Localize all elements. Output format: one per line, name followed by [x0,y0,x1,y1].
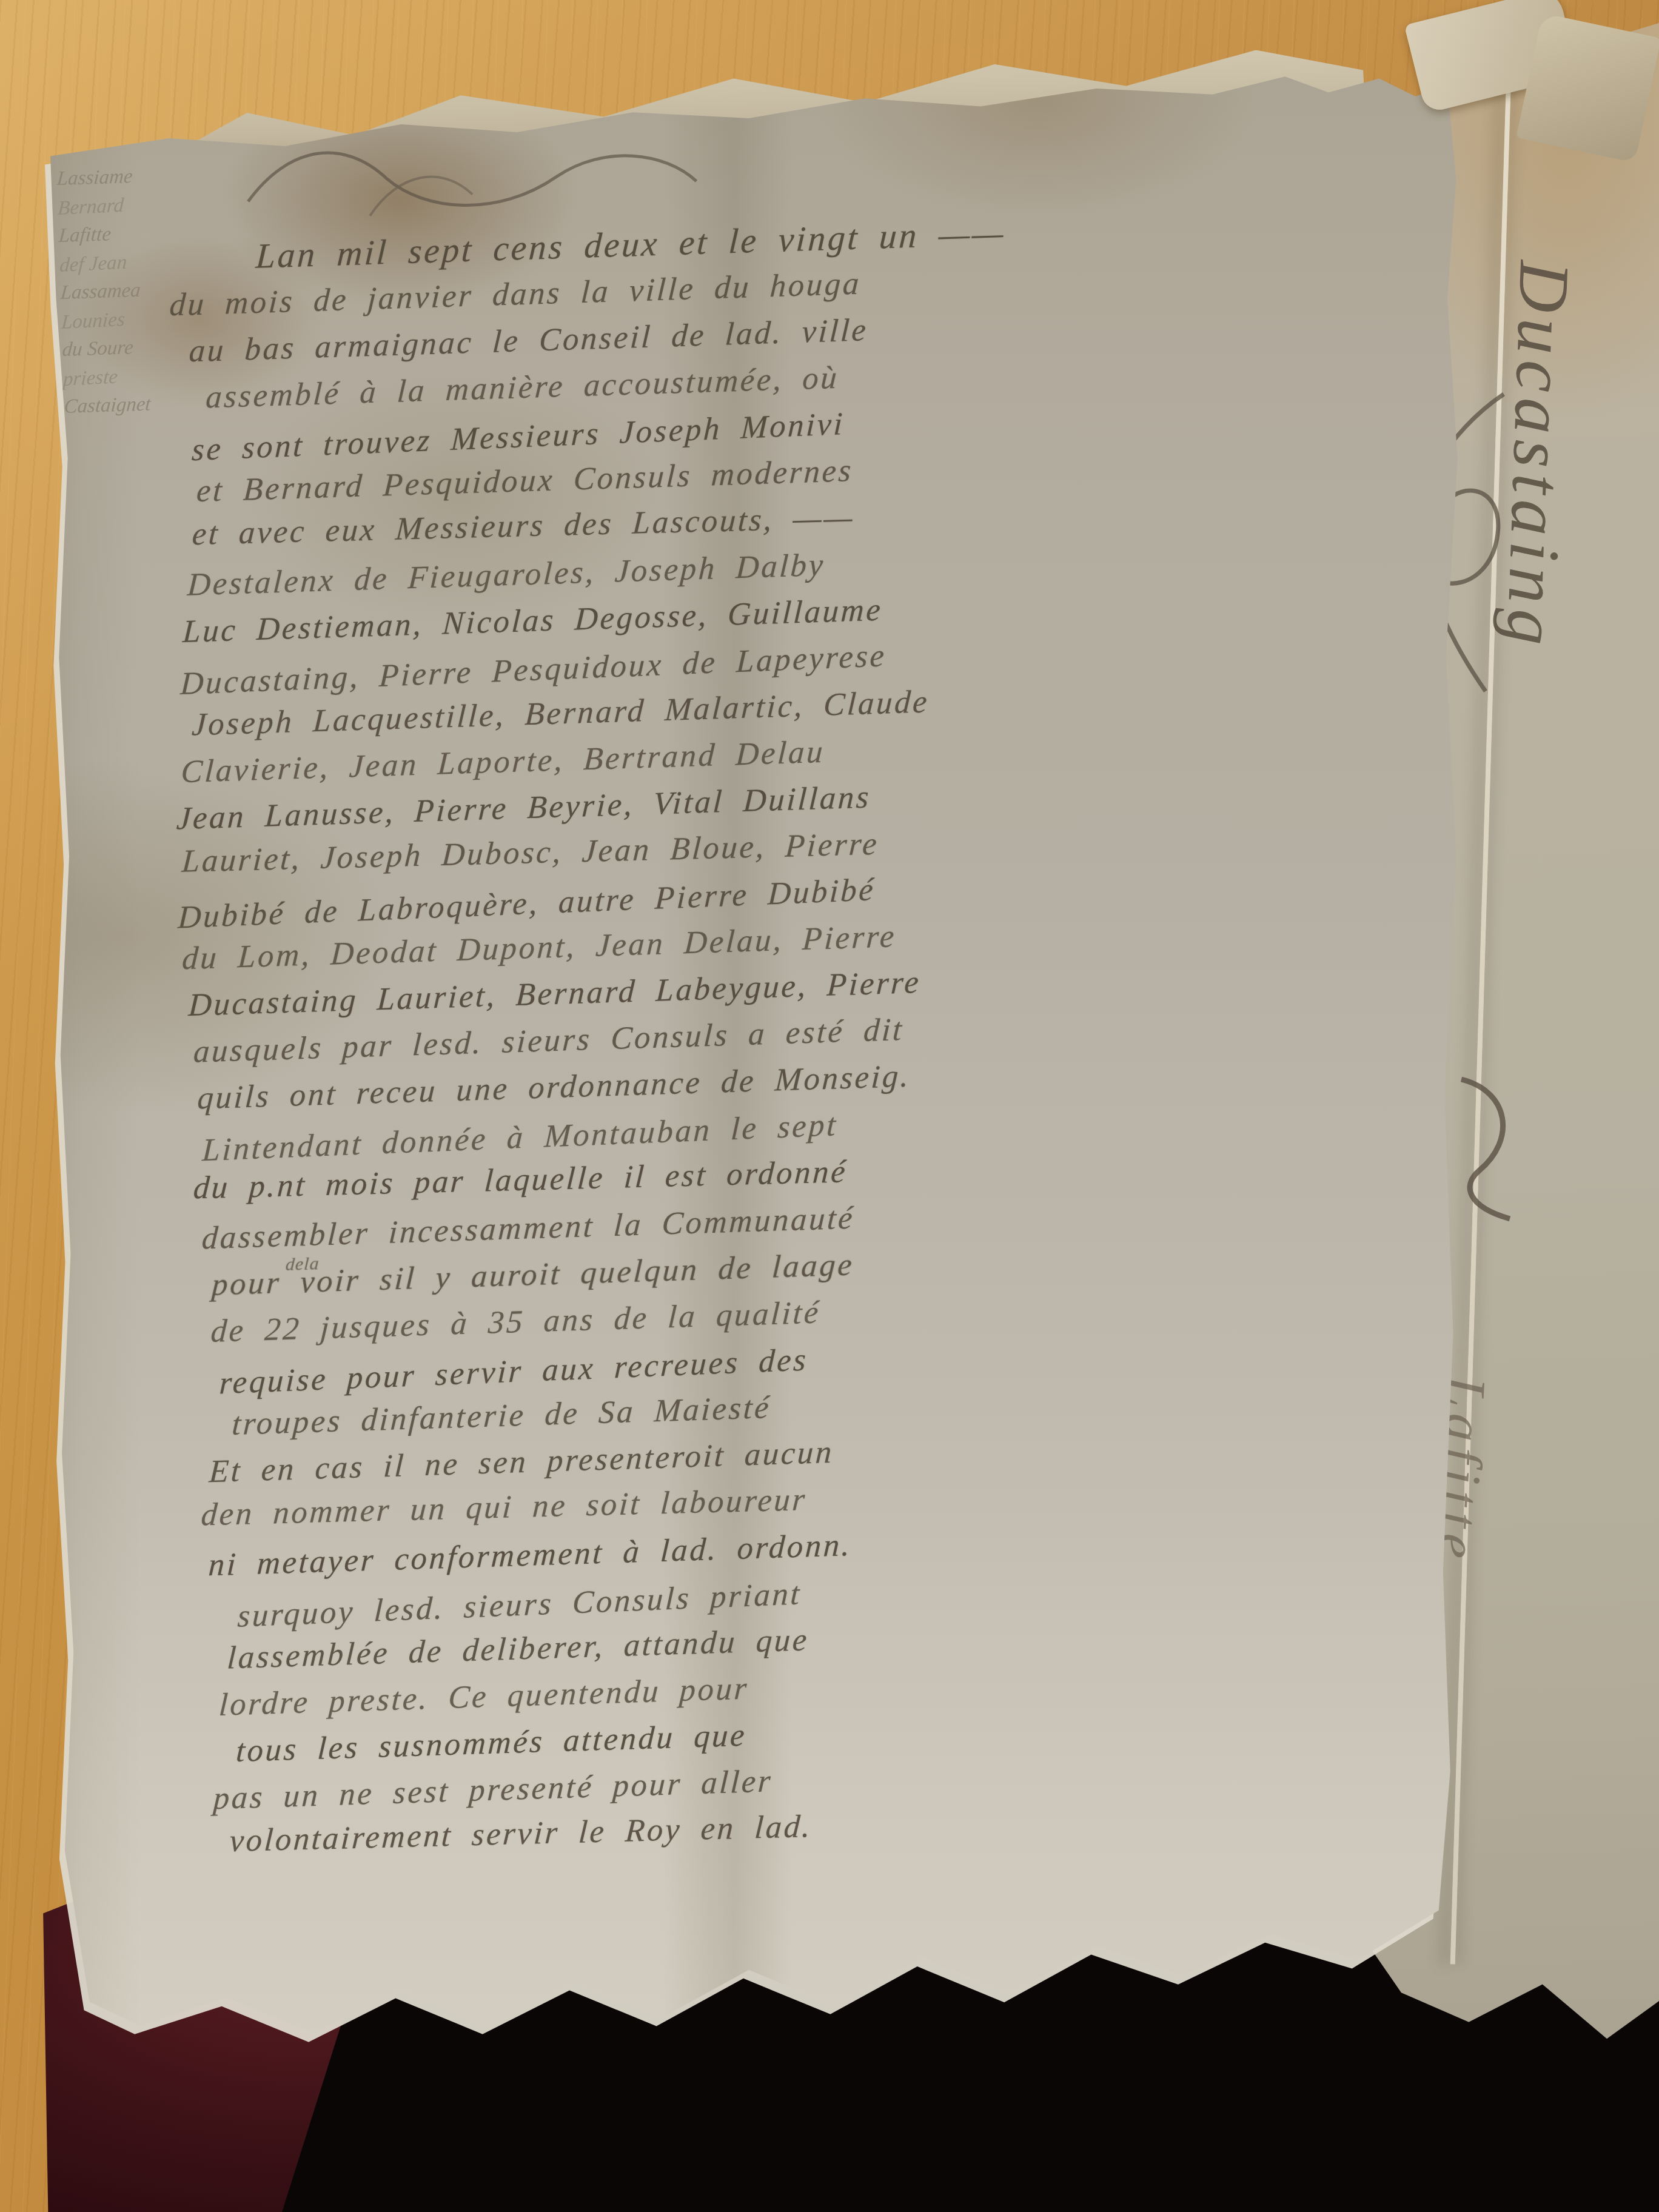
handwritten-text-block: Lan mil sept cens deux et le vingt un ——… [152,196,1464,1869]
manuscript-page: LassiameBernardLafittedef JeanLassameaLo… [24,61,1473,2049]
interlinear-note: dela [284,1240,321,1288]
main-page-area: LassiameBernardLafittedef JeanLassameaLo… [24,61,1473,2049]
page-content: LassiameBernardLafittedef JeanLassameaLo… [19,19,1474,2003]
manuscript-photo: Ducastaing Lafitte LassiameBernardLafitt… [0,0,1659,2212]
crumpled-corner-flap [1516,13,1659,163]
